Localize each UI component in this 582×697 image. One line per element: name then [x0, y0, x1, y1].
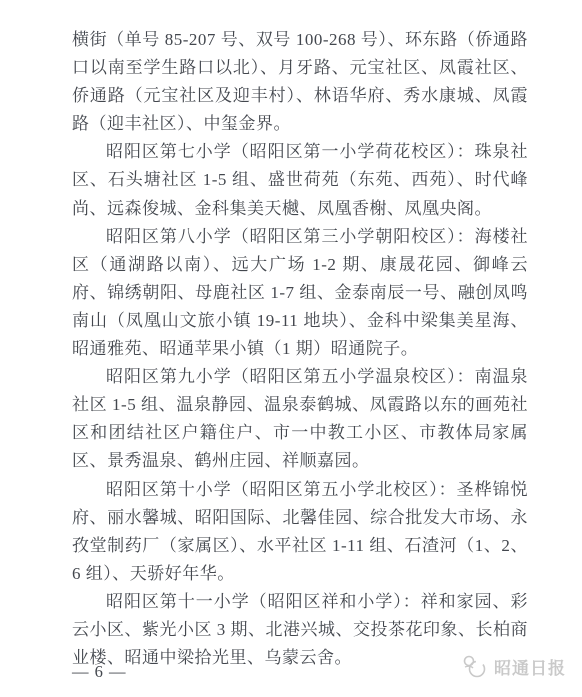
paragraph-tenth-primary-school: 昭阳区第十小学（昭阳区第五小学北校区）：圣桦锦悦府、丽水馨城、昭阳国际、北馨佳园… — [72, 476, 528, 588]
document-content: 横街（单号 85-207 号、双号 100-268 号）、环东路（侨通路口以南至… — [72, 26, 528, 672]
watermark-label: 昭通日报 — [494, 654, 566, 679]
paragraph-eighth-primary-school: 昭阳区第八小学（昭阳区第三小学朝阳校区）：海楼社区（通湖路以南）、远大广场 1-… — [72, 223, 528, 363]
zhaotong-daily-logo-icon — [461, 654, 488, 679]
paragraph-continued-from-previous-page: 横街（单号 85-207 号、双号 100-268 号）、环东路（侨通路口以南至… — [72, 26, 528, 138]
paragraph-seventh-primary-school: 昭阳区第七小学（昭阳区第一小学荷花校区）：珠泉社区、石头塘社区 1-5 组、盛世… — [72, 138, 528, 222]
paragraph-eleventh-primary-school: 昭阳区第十一小学（昭阳区祥和小学）：祥和家园、彩云小区、紫光小区 3 期、北港兴… — [72, 588, 528, 672]
paragraph-ninth-primary-school: 昭阳区第九小学（昭阳区第五小学温泉校区）：南温泉社区 1-5 组、温泉静园、温泉… — [72, 363, 528, 475]
zhaotong-daily-watermark: 昭通日报 — [461, 654, 566, 679]
document-page: 横街（单号 85-207 号、双号 100-268 号）、环东路（侨通路口以南至… — [0, 0, 582, 697]
page-number: — 6 — — [72, 662, 127, 682]
